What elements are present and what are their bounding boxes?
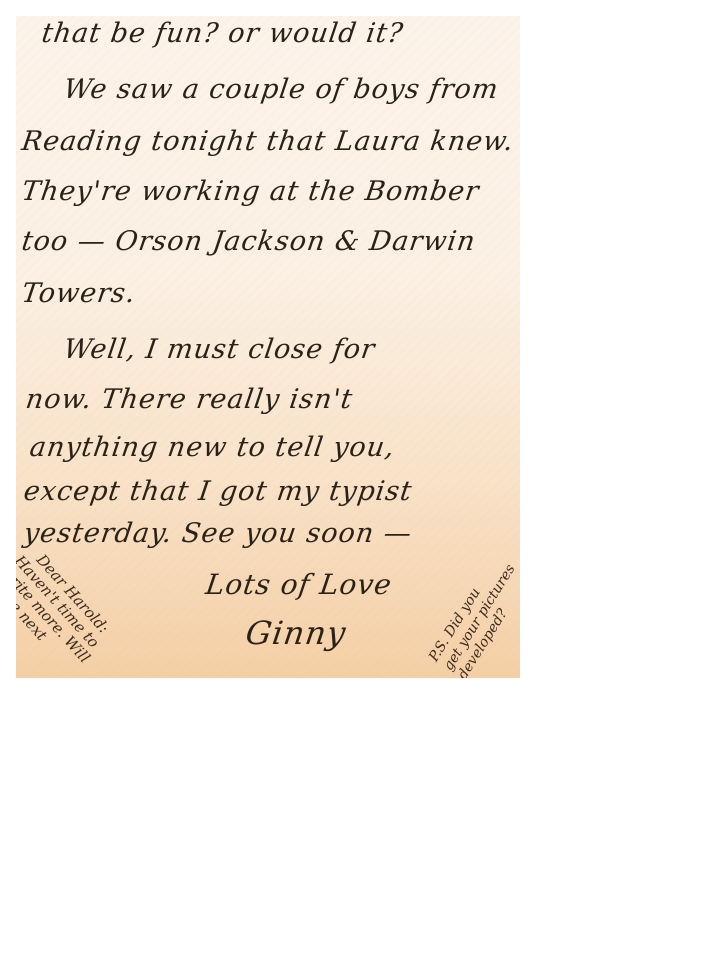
letter-line: We saw a couple of boys from [62,74,501,105]
margin-note: Dear Harold: Haven't time to write more.… [16,541,118,678]
letter-line: Reading tonight that Laura knew. [20,126,516,157]
closing: Lots of Love [204,568,395,601]
letter-line: Well, I must close for [62,334,377,365]
postscript: P.S. Did you get your pictures developed… [426,553,520,678]
letter-page: that be fun? or would it? We saw a coupl… [16,16,520,678]
letter-line: Towers. [20,278,138,309]
letter-line: anything new to tell you, [28,432,397,463]
signature: Ginny [243,614,348,652]
letter-line: now. There really isn't [24,384,355,415]
letter-line: too — Orson Jackson & Darwin [20,226,478,257]
letter-line: except that I got my typist [22,476,415,507]
letter-line: that be fun? or would it? [40,18,406,49]
letter-line: yesterday. See you soon — [22,518,414,549]
letter-line: They're working at the Bomber [20,176,482,207]
